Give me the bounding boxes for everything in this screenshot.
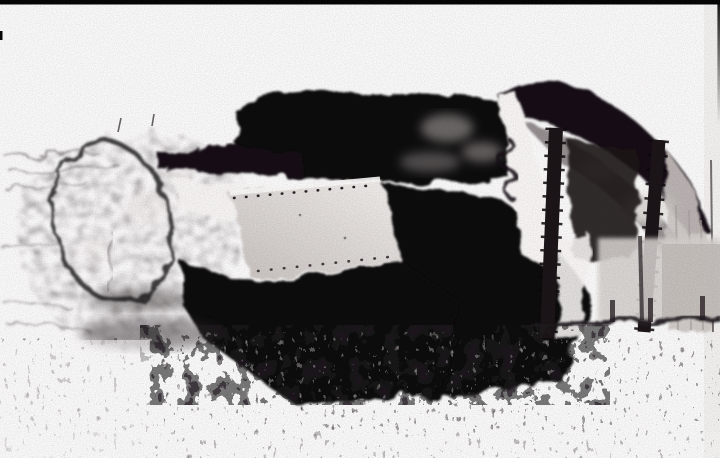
tank-photo-canvas: Grainy black-and-white photograph of an … xyxy=(0,0,720,458)
film-grain-overlay xyxy=(0,0,720,458)
photograph: Grainy black-and-white photograph of an … xyxy=(0,0,720,458)
